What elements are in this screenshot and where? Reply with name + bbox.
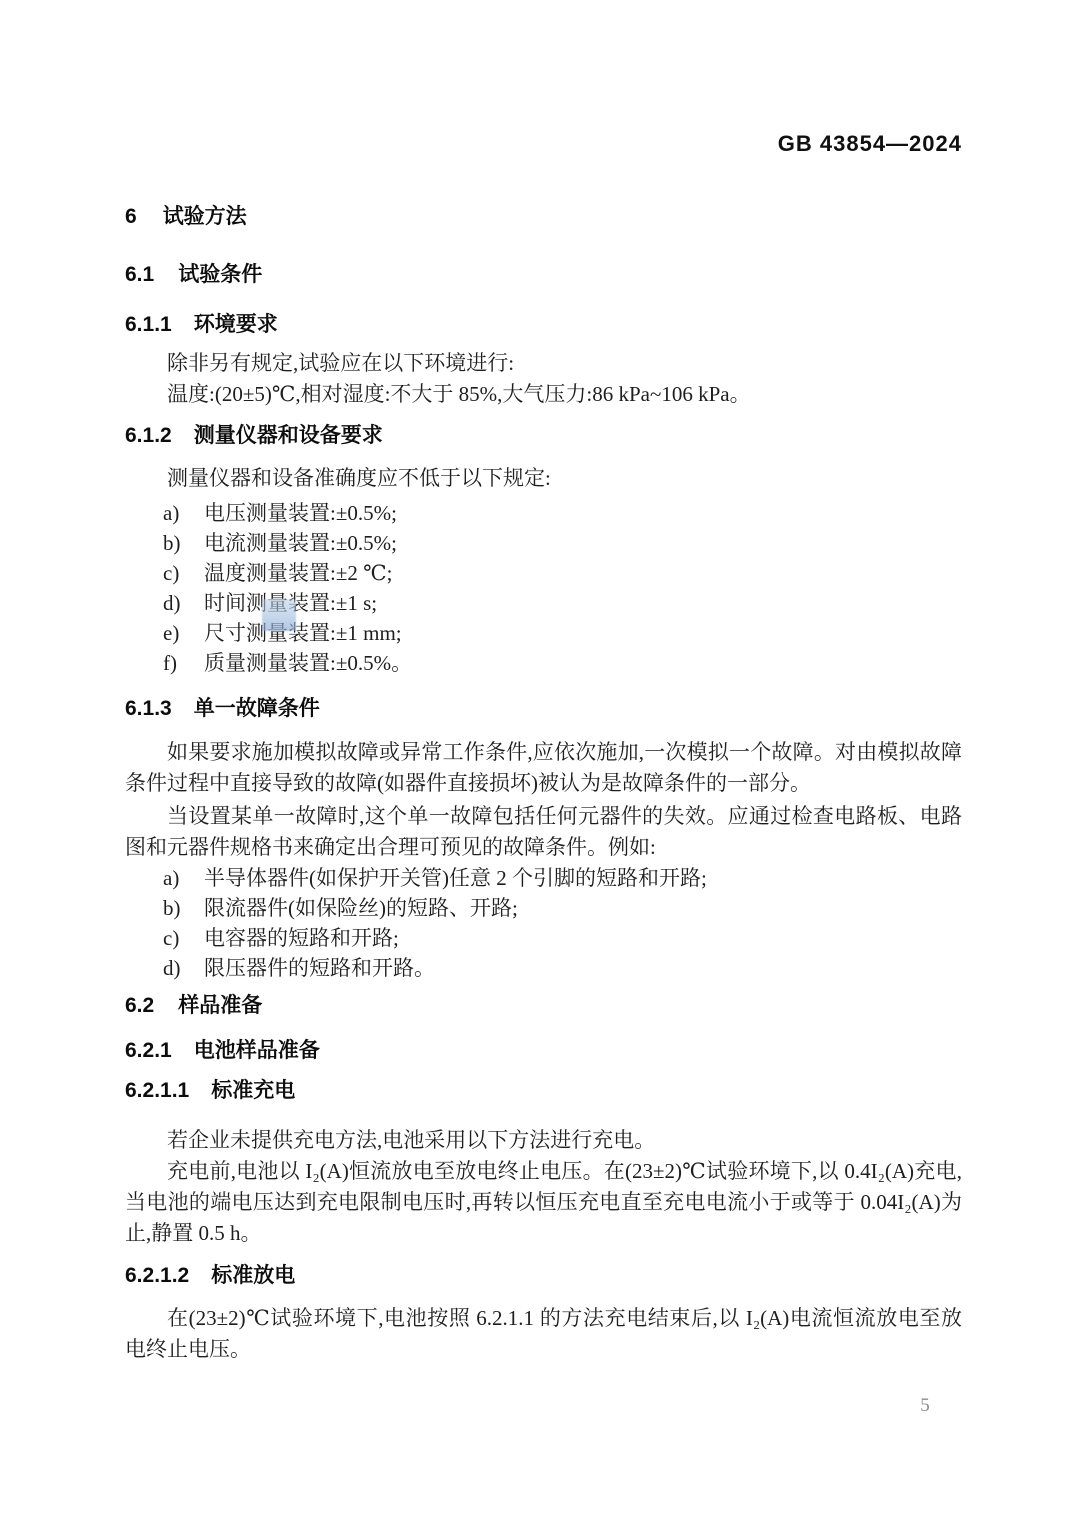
list-marker: d) bbox=[163, 588, 204, 618]
list-text: 时间测量装置:±1 s; bbox=[204, 588, 962, 618]
section-title: 标准充电 bbox=[211, 1079, 295, 1102]
list-marker: a) bbox=[163, 498, 204, 528]
list-marker: f) bbox=[163, 648, 204, 678]
list-item: d)限压器件的短路和开路。 bbox=[163, 953, 962, 983]
list-text: 半导体器件(如保护开关管)任意 2 个引脚的短路和开路; bbox=[204, 863, 962, 893]
list-text: 电压测量装置:±0.5%; bbox=[204, 498, 962, 528]
paragraph: 若企业未提供充电方法,电池采用以下方法进行充电。 bbox=[125, 1125, 962, 1156]
list-text: 温度测量装置:±2 ℃; bbox=[204, 558, 962, 588]
section-title: 样品准备 bbox=[178, 994, 262, 1017]
list-marker: a) bbox=[163, 863, 204, 893]
section-heading-6: 6试验方法 bbox=[125, 204, 962, 230]
list-marker: b) bbox=[163, 893, 204, 923]
paragraph: 温度:(20±5)℃,相对湿度:不大于 85%,大气压力:86 kPa~106 … bbox=[125, 379, 962, 410]
list-item: f)质量测量装置:±0.5%。 bbox=[163, 648, 962, 678]
section-number: 6 bbox=[125, 204, 137, 230]
section-number: 6.1.1 bbox=[125, 312, 172, 338]
section-heading-6-1: 6.1试验条件 bbox=[125, 262, 962, 288]
section-heading-6-1-3: 6.1.3单一故障条件 bbox=[125, 696, 962, 722]
list-marker: c) bbox=[163, 923, 204, 953]
list-text: 限流器件(如保险丝)的短路、开路; bbox=[204, 893, 962, 923]
list-item: e)尺寸测量装置:±1 mm; bbox=[163, 618, 962, 648]
list-item: a)电压测量装置:±0.5%; bbox=[163, 498, 962, 528]
running-header: GB 43854—2024 bbox=[125, 131, 962, 157]
section-number: 6.1.3 bbox=[125, 696, 172, 722]
paragraph: 如果要求施加模拟故障或异常工作条件,应依次施加,一次模拟一个故障。对由模拟故障条… bbox=[125, 737, 962, 799]
section-title: 测量仪器和设备要求 bbox=[194, 424, 383, 447]
section-heading-6-1-2: 6.1.2测量仪器和设备要求 bbox=[125, 423, 962, 449]
list-text: 限压器件的短路和开路。 bbox=[204, 953, 962, 983]
list-text: 电容器的短路和开路; bbox=[204, 923, 962, 953]
section-number: 6.2.1.2 bbox=[125, 1263, 189, 1289]
list-item: c)温度测量装置:±2 ℃; bbox=[163, 558, 962, 588]
list-item: d)时间测量装置:±1 s; bbox=[163, 588, 962, 618]
list-item: a)半导体器件(如保护开关管)任意 2 个引脚的短路和开路; bbox=[163, 863, 962, 893]
list-item: c)电容器的短路和开路; bbox=[163, 923, 962, 953]
standard-number: GB 43854—2024 bbox=[778, 131, 962, 156]
list-text: 质量测量装置:±0.5%。 bbox=[204, 648, 962, 678]
list-item: b)限流器件(如保险丝)的短路、开路; bbox=[163, 893, 962, 923]
section-title: 环境要求 bbox=[194, 313, 278, 336]
paragraph: 当设置某单一故障时,这个单一故障包括任何元器件的失效。应通过检查电路板、电路图和… bbox=[125, 801, 962, 863]
paragraph: 测量仪器和设备准确度应不低于以下规定: bbox=[125, 463, 962, 494]
list-text: 尺寸测量装置:±1 mm; bbox=[204, 618, 962, 648]
section-heading-6-1-1: 6.1.1环境要求 bbox=[125, 312, 962, 338]
list-item: b)电流测量装置:±0.5%; bbox=[163, 528, 962, 558]
paragraph: 在(23±2)℃试验环境下,电池按照 6.2.1.1 的方法充电结束后,以 I₂… bbox=[125, 1303, 962, 1365]
section-number: 6.1 bbox=[125, 262, 154, 288]
section-heading-6-2-1-2: 6.2.1.2标准放电 bbox=[125, 1263, 962, 1289]
paragraph: 充电前,电池以 I₂(A)恒流放电至放电终止电压。在(23±2)℃试验环境下,以… bbox=[125, 1156, 962, 1249]
section-heading-6-2: 6.2样品准备 bbox=[125, 993, 962, 1019]
section-title: 试验条件 bbox=[178, 263, 262, 286]
section-number: 6.2.1 bbox=[125, 1038, 172, 1064]
list-marker: b) bbox=[163, 528, 204, 558]
section-title: 单一故障条件 bbox=[194, 697, 320, 720]
list-text: 电流测量装置:±0.5%; bbox=[204, 528, 962, 558]
section-title: 标准放电 bbox=[211, 1264, 295, 1287]
list-marker: c) bbox=[163, 558, 204, 588]
section-title: 电池样品准备 bbox=[194, 1039, 320, 1062]
list-marker: d) bbox=[163, 953, 204, 983]
section-number: 6.2 bbox=[125, 993, 154, 1019]
page-number: 5 bbox=[900, 1394, 950, 1418]
section-title: 试验方法 bbox=[163, 205, 247, 228]
page-content: GB 43854—2024 6试验方法 6.1试验条件 6.1.1环境要求 除非… bbox=[125, 131, 962, 1365]
document-page: GB 43854—2024 6试验方法 6.1试验条件 6.1.1环境要求 除非… bbox=[0, 0, 1074, 1520]
section-heading-6-2-1: 6.2.1电池样品准备 bbox=[125, 1038, 962, 1064]
section-heading-6-2-1-1: 6.2.1.1标准充电 bbox=[125, 1078, 962, 1104]
paragraph: 除非另有规定,试验应在以下环境进行: bbox=[125, 348, 962, 379]
section-number: 6.2.1.1 bbox=[125, 1078, 189, 1104]
single-fault-examples-list: a)半导体器件(如保护开关管)任意 2 个引脚的短路和开路; b)限流器件(如保… bbox=[125, 863, 962, 983]
section-number: 6.1.2 bbox=[125, 423, 172, 449]
list-marker: e) bbox=[163, 618, 204, 648]
measurement-accuracy-list: a)电压测量装置:±0.5%; b)电流测量装置:±0.5%; c)温度测量装置… bbox=[125, 498, 962, 678]
